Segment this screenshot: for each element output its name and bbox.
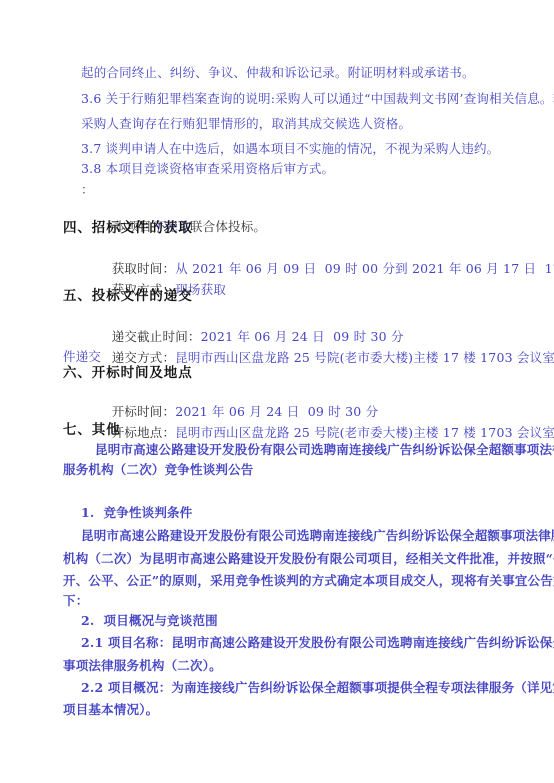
section-four-heading: 四、招标文件的获取 [63, 220, 193, 237]
notice-p1-line4: 下： [63, 592, 88, 609]
clause-3-6-line2: 采购人查询存在行贿犯罪情形的，取消其成交候选人资格。 [81, 115, 411, 132]
section-six-heading: 六、开标时间及地点 [63, 365, 193, 382]
clause-3-7: 3.7 谈判申请人在中选后，如遇本项目不实施的情况，不视为采购人违约。 [81, 140, 499, 157]
announcement-title-line1: 昆明市高速公路建设开发股份有限公司选聘南连接线广告纠纷诉讼保全超额事项法律 [95, 441, 554, 458]
obtain-time-value: 从 2021 年 06 月 09 日 09 时 00 分到 2021 年 06 … [175, 261, 554, 276]
notice-p1-line3: 开、公平、公正”的原则，采用竞争性谈判的方式确定本项目成交人，现将有关事宜公告如 [63, 572, 554, 589]
submit-method-value: 昆明市西山区盘龙路 25 号院(老市委大楼)主楼 17 楼 1703 会议室。纸… [175, 350, 554, 365]
notice-item2-heading: 2. 项目概况与竞谈范围 [81, 612, 218, 629]
notice-p21-line2: 事项法律服务机构（二次）。 [63, 657, 222, 674]
submit-method-label: 递交方式： [112, 350, 176, 365]
notice-item1-heading: 1. 竞争性谈判条件 [81, 504, 192, 521]
lone-colon: ： [81, 181, 94, 198]
announcement-title-line2: 服务机构（二次）竞争性谈判公告 [63, 461, 254, 478]
submit-method-wrap: 件递交 [63, 348, 101, 365]
notice-p22-line2: 项目基本情况）。 [63, 701, 158, 718]
section-seven-heading: 七、其他 [63, 422, 121, 439]
consortium-suffix: 联合体投标。 [190, 219, 266, 234]
clause-3-8: 3.8 本项目竞谈资格审查采用资格后审方式。 [81, 160, 334, 177]
notice-p22-line1: 2.2 项目概况：为南连接线广告纠纷诉讼保全超额事项提供全程专项法律服务（详见第… [81, 679, 554, 696]
document-page: 起的合同终止、纠纷、争议、仲裁和诉讼记录。附证明材料或承诺书。 3.6 关于行贿… [0, 0, 554, 783]
section-five-heading: 五、投标文件的递交 [63, 288, 193, 305]
clause-3-6-line1: 3.6 关于行贿犯罪档案查询的说明:采购人可以通过“中国裁判文书网’查询相关信息… [81, 90, 554, 107]
notice-p21-line1: 2.1 项目名称：昆明市高速公路建设开发股份有限公司选聘南连接线广告纠纷诉讼保全… [81, 634, 554, 651]
open-place-value: 昆明市西山区盘龙路 25 号院(老市委大楼)主楼 17 楼 1703 会议室。 [175, 425, 554, 440]
open-place-label: 开标地点： [112, 425, 176, 440]
notice-p1-line1: 昆明市高速公路建设开发股份有限公司选聘南连接线广告纠纷诉讼保全超额事项法律服务 [81, 527, 554, 544]
notice-p1-line2: 机构（二次）为昆明市高速公路建设开发股份有限公司项目，经相关文件批准，并按照“公 [63, 550, 554, 567]
contract-termination-line: 起的合同终止、纠纷、争议、仲裁和诉讼记录。附证明材料或承诺书。 [81, 64, 475, 81]
